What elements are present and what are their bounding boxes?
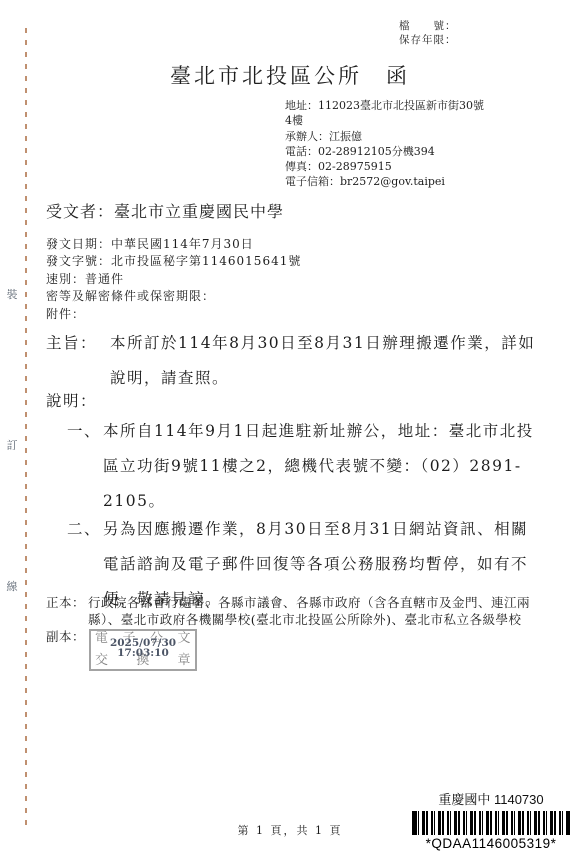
issue-number-line: 發文字號：北市投區秘字第1146015641號: [46, 253, 301, 270]
issue-date-line: 發文日期：中華民國114年7月30日: [46, 236, 301, 253]
description-item-1: 一、 本所自114年9月1日起進駐新址辦公，地址：臺北市北投區立功街9號11樓之…: [67, 414, 540, 519]
electronic-exchange-stamp: 電子公文 交換章 2025/07/30 17:03:10: [89, 629, 197, 671]
sender-info-block: 地址：112023臺北市北投區新市街30號4樓 承辦人：江振億 電話：02-28…: [285, 98, 487, 190]
attachment-line: 附件：: [46, 306, 301, 323]
document-title: 臺北市北投區公所 函: [0, 60, 580, 90]
speed-class-line: 速別：普通件: [46, 271, 301, 288]
document-meta-block: 發文日期：中華民國114年7月30日 發文字號：北市投區秘字第114601564…: [46, 236, 301, 323]
barcode-value: *QDAA1146005319*: [412, 836, 570, 851]
copy-recipients-row: 副本： 電子公文 交換章 2025/07/30 17:03:10: [46, 629, 560, 671]
official-letter-page: 裝 訂 線 檔 號： 保存年限： 臺北市北投區公所 函 地址：112023臺北市…: [0, 0, 580, 857]
sender-contact-person: 承辦人：江振億: [285, 129, 487, 144]
stamp-time: 17:03:10: [91, 645, 195, 662]
sender-email: 電子信箱：br2572@gov.taipei: [285, 174, 487, 189]
distribution-block: 正本： 行政院各部會行處署、各縣市議會、各縣市政府（含各直轄市及金門、連江兩縣）…: [46, 595, 560, 671]
binding-mark-zhuang: 裝: [5, 286, 19, 302]
subject-text: 本所訂於114年8月30日至8月31日辦理搬遷作業，詳如說明，請查照。: [110, 326, 547, 396]
confidentiality-line: 密等及解密條件或保密期限：: [46, 288, 301, 305]
item-1-text: 本所自114年9月1日起進駐新址辦公，地址：臺北市北投區立功街9號11樓之2，總…: [103, 414, 540, 519]
barcode: [412, 811, 570, 835]
file-number-block: 檔 號： 保存年限：: [399, 19, 457, 47]
original-label: 正本：: [46, 595, 88, 628]
sender-phone: 電話：02-28912105分機394: [285, 144, 487, 159]
sender-address: 地址：112023臺北市北投區新市街30號4樓: [285, 98, 487, 129]
binding-dotted-line: [25, 28, 27, 832]
subject-section: 主旨： 本所訂於114年8月30日至8月31日辦理搬遷作業，詳如說明，請查照。: [46, 326, 547, 396]
binding-mark-xian: 線: [5, 578, 19, 594]
sender-fax: 傳真：02-28975915: [285, 159, 487, 174]
binding-mark-ding: 訂: [5, 437, 19, 453]
original-recipients-text: 行政院各部會行處署、各縣市議會、各縣市政府（含各直轄市及金門、連江兩縣）、臺北市…: [88, 595, 560, 628]
recipient-line: 受文者：臺北市立重慶國民中學: [46, 199, 284, 222]
retention-period-label: 保存年限：: [399, 33, 457, 47]
original-recipients-row: 正本： 行政院各部會行處署、各縣市議會、各縣市政府（含各直轄市及金門、連江兩縣）…: [46, 595, 560, 628]
barcode-school-label: 重慶國中 1140730: [412, 789, 570, 808]
copy-label: 副本：: [46, 629, 88, 671]
file-number-label: 檔 號：: [399, 19, 457, 33]
barcode-block: 重慶國中 1140730 *QDAA1146005319*: [412, 789, 570, 851]
item-1-number: 一、: [67, 414, 103, 519]
